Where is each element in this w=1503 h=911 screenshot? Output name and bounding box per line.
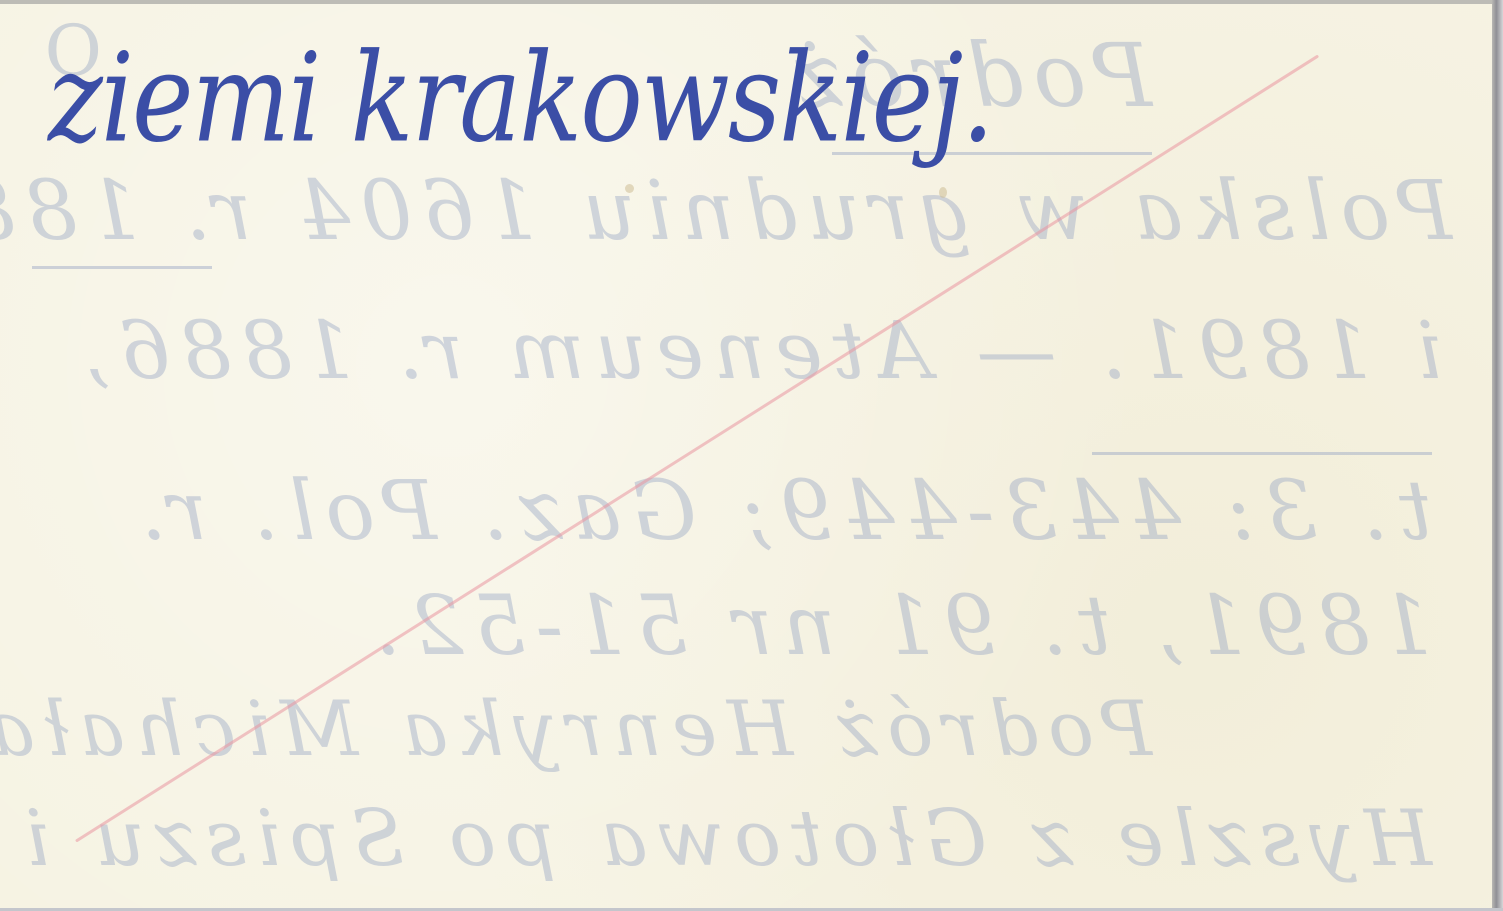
handwritten-heading: ziemi krakowskiej.	[48, 26, 992, 170]
bleed-underline-2	[32, 266, 212, 269]
bleed-line-5: 1891, t. 91 nr 51-52.	[365, 579, 1432, 674]
bleed-line-4: t. 3: 443-449; Gaz. Pol. r.	[131, 464, 1432, 559]
paper-stain	[939, 187, 947, 198]
bleed-line-6: Podróż Henryka Michała	[0, 684, 1152, 773]
index-card: Podróż Polska w grudniu 1604 r. 1886 i 1…	[0, 4, 1492, 908]
paper-stain	[625, 184, 634, 193]
bleed-line-3: i 1891. — Ateneum r. 1886,	[74, 304, 1442, 397]
bleed-line-7: Hyszle z Głotowa po Spiszu i	[15, 794, 1432, 884]
bleed-underline-3	[1092, 452, 1432, 455]
bleed-line-2: Polska w grudniu 1604 r. 1886	[0, 164, 1452, 259]
scan-edge-right	[1492, 0, 1503, 911]
red-diagonal-line	[75, 55, 1319, 843]
